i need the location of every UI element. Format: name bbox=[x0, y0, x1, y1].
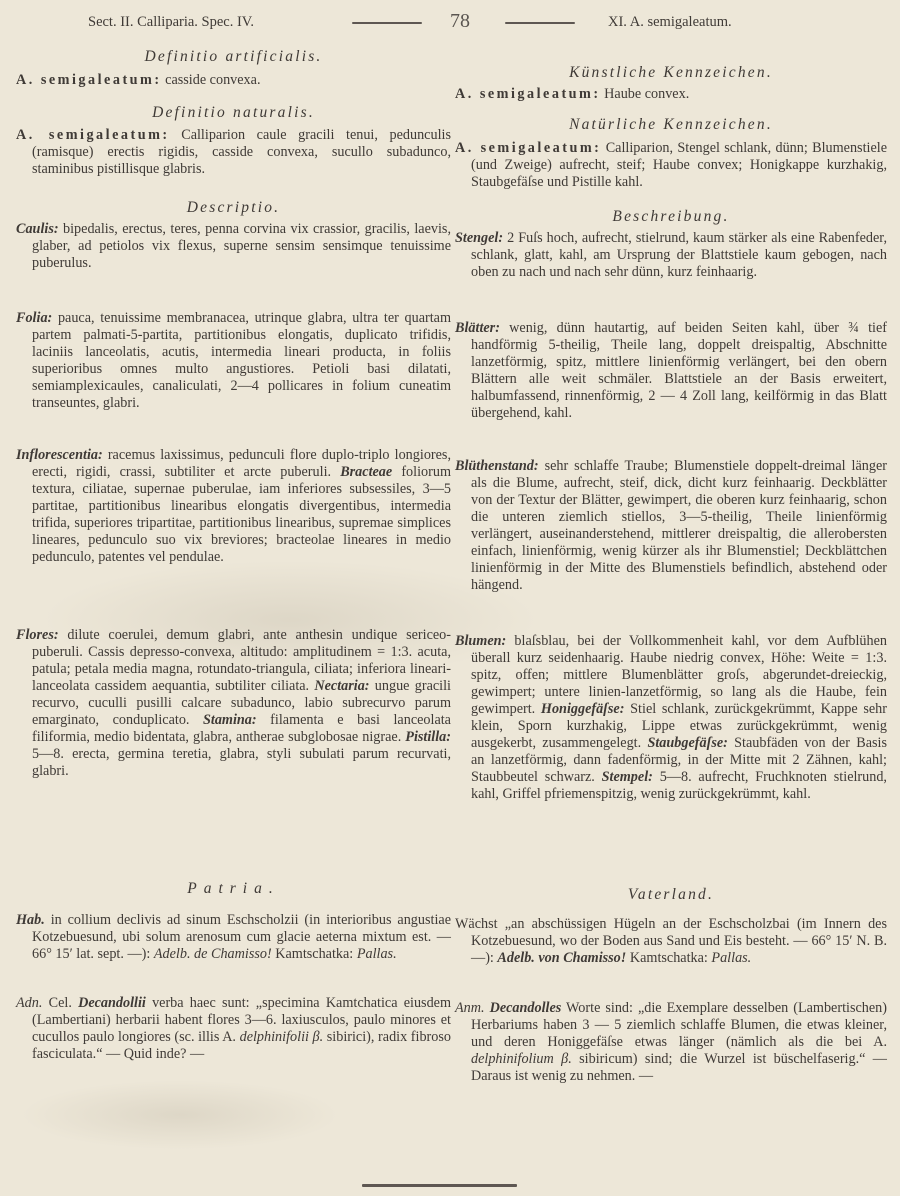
stengel-label: Stengel: bbox=[455, 230, 503, 246]
heading-kuenstliche-kennzeichen: Künstliche Kennzeichen. bbox=[455, 64, 887, 81]
header-rule-left bbox=[352, 22, 422, 24]
inflorescentia-label: Inflorescentia: bbox=[16, 447, 103, 463]
stengel-text: 2 Fuſs hoch, aufrecht, stielrund, kaum s… bbox=[471, 230, 887, 280]
heading-natuerliche-kennzeichen: Natürliche Kennzeichen. bbox=[455, 116, 887, 133]
species-name: A. semigaleatum: bbox=[16, 72, 162, 88]
header-rule-right bbox=[505, 22, 575, 24]
paper-stain bbox=[20, 1080, 340, 1150]
definitio-naturalis: A. semigaleatum: Calliparion caule graci… bbox=[16, 127, 451, 178]
heading-beschreibung: Beschreibung. bbox=[455, 208, 887, 225]
honiggefaesse-label: Honiggefäſse: bbox=[541, 701, 625, 717]
folia-paragraph: Folia: pauca, tenuissime membranacea, ut… bbox=[16, 310, 451, 412]
heading-descriptio: Descriptio. bbox=[16, 199, 451, 216]
adnotatio-paragraph: Adn. Cel. Decandollii verba haec sunt: „… bbox=[16, 995, 451, 1063]
blumen-paragraph: Blumen: blaſsblau, bei der Vollkommenhei… bbox=[455, 633, 887, 803]
blumen-label: Blumen: bbox=[455, 633, 506, 649]
caulis-paragraph: Caulis: bipedalis, erectus, teres, penna… bbox=[16, 221, 451, 272]
flores-label: Flores: bbox=[16, 627, 59, 643]
definition-text: casside convexa. bbox=[162, 72, 261, 88]
nectaria-label: Nectaria: bbox=[314, 678, 369, 694]
heading-patria: Patria. bbox=[16, 880, 451, 897]
caulis-label: Caulis: bbox=[16, 221, 59, 237]
kuenstliche-kennzeichen: A. semigaleatum: Haube convex. bbox=[455, 86, 887, 103]
stamina-label: Stamina: bbox=[203, 712, 257, 728]
habitat-paragraph: Hab. in collium declivis ad sinum Eschsc… bbox=[16, 912, 451, 963]
running-head-left: Sect. II. Calliparia. Spec. IV. bbox=[88, 14, 254, 31]
inflorescentia-paragraph: Inflorescentia: racemus laxissimus, pedu… bbox=[16, 447, 451, 566]
species-reference: delphinifolium β. bbox=[471, 1051, 572, 1067]
adn-label: Adn. bbox=[16, 995, 42, 1011]
stengel-paragraph: Stengel: 2 Fuſs hoch, aufrecht, stielrun… bbox=[455, 230, 887, 281]
species-reference: delphinifolii β. bbox=[240, 1029, 324, 1045]
stempel-label: Stempel: bbox=[602, 769, 653, 785]
running-head: Sect. II. Calliparia. Spec. IV. 78 XI. A… bbox=[0, 10, 900, 34]
natuerliche-kennzeichen: A. semigaleatum: Calliparion, Stengel sc… bbox=[455, 140, 887, 191]
collector-name: Pallas. bbox=[357, 946, 397, 962]
blaetter-paragraph: Blätter: wenig, dünn hautartig, auf beid… bbox=[455, 320, 887, 422]
heading-vaterland: Vaterland. bbox=[455, 886, 887, 903]
species-name: A. semigaleatum: bbox=[455, 140, 601, 156]
collector-name: Pallas. bbox=[711, 950, 751, 966]
folia-text: pauca, tenuissime membranacea, utrinque … bbox=[32, 310, 451, 411]
bluethenstand-text: sehr schlaffe Traube; Blumenstiele doppe… bbox=[471, 458, 887, 593]
folia-label: Folia: bbox=[16, 310, 52, 326]
vaterland-paragraph: Wächst „an abschüssigen Hügeln an der Es… bbox=[455, 916, 887, 967]
habitat-text: Kamtschatka: bbox=[272, 946, 357, 962]
vaterland-text: Kamtschatka: bbox=[626, 950, 711, 966]
heading-definitio-artificialis: Definitio artificialis. bbox=[16, 48, 451, 65]
definition-text: Haube convex. bbox=[601, 86, 690, 102]
page-number: 78 bbox=[450, 10, 470, 33]
flores-paragraph: Flores: dilute coerulei, demum glabri, a… bbox=[16, 627, 451, 780]
bluethenstand-paragraph: Blüthenstand: sehr schlaffe Traube; Blum… bbox=[455, 458, 887, 594]
flores-text: 5—8. erecta, germina teretia, glabra, st… bbox=[32, 746, 451, 779]
blaetter-text: wenig, dünn hautartig, auf beiden Seiten… bbox=[471, 320, 887, 421]
caulis-text: bipedalis, erectus, teres, penna corvina… bbox=[32, 221, 451, 271]
author-name: Decandollii bbox=[78, 995, 146, 1011]
collector-name: Adelb. von Chamisso! bbox=[497, 950, 626, 966]
book-page: Sect. II. Calliparia. Spec. IV. 78 XI. A… bbox=[0, 0, 900, 1196]
species-name: A. semigaleatum: bbox=[455, 86, 601, 102]
definitio-artificialis: A. semigaleatum: casside convexa. bbox=[16, 72, 451, 89]
heading-definitio-naturalis: Definitio naturalis. bbox=[16, 104, 451, 121]
author-name: Decandolles bbox=[485, 1000, 562, 1016]
collector-name: Adelb. de Chamisso! bbox=[154, 946, 272, 962]
staubgefaesse-label: Staubgefäſse: bbox=[647, 735, 727, 751]
bracteae-label: Bracteae bbox=[340, 464, 392, 480]
species-name: A. semigaleatum: bbox=[16, 127, 170, 143]
hab-label: Hab. bbox=[16, 912, 45, 928]
running-head-right: XI. A. semigaleatum. bbox=[608, 14, 732, 31]
anm-label: Anm. bbox=[455, 1000, 485, 1016]
footer-rule bbox=[362, 1184, 517, 1187]
adnotatio-text: Cel. bbox=[42, 995, 78, 1011]
bluethenstand-label: Blüthenstand: bbox=[455, 458, 539, 474]
pistilla-label: Pistilla: bbox=[405, 729, 451, 745]
anmerkung-paragraph: Anm. Decandolles Worte sind: „die Exempl… bbox=[455, 1000, 887, 1085]
blaetter-label: Blätter: bbox=[455, 320, 500, 336]
